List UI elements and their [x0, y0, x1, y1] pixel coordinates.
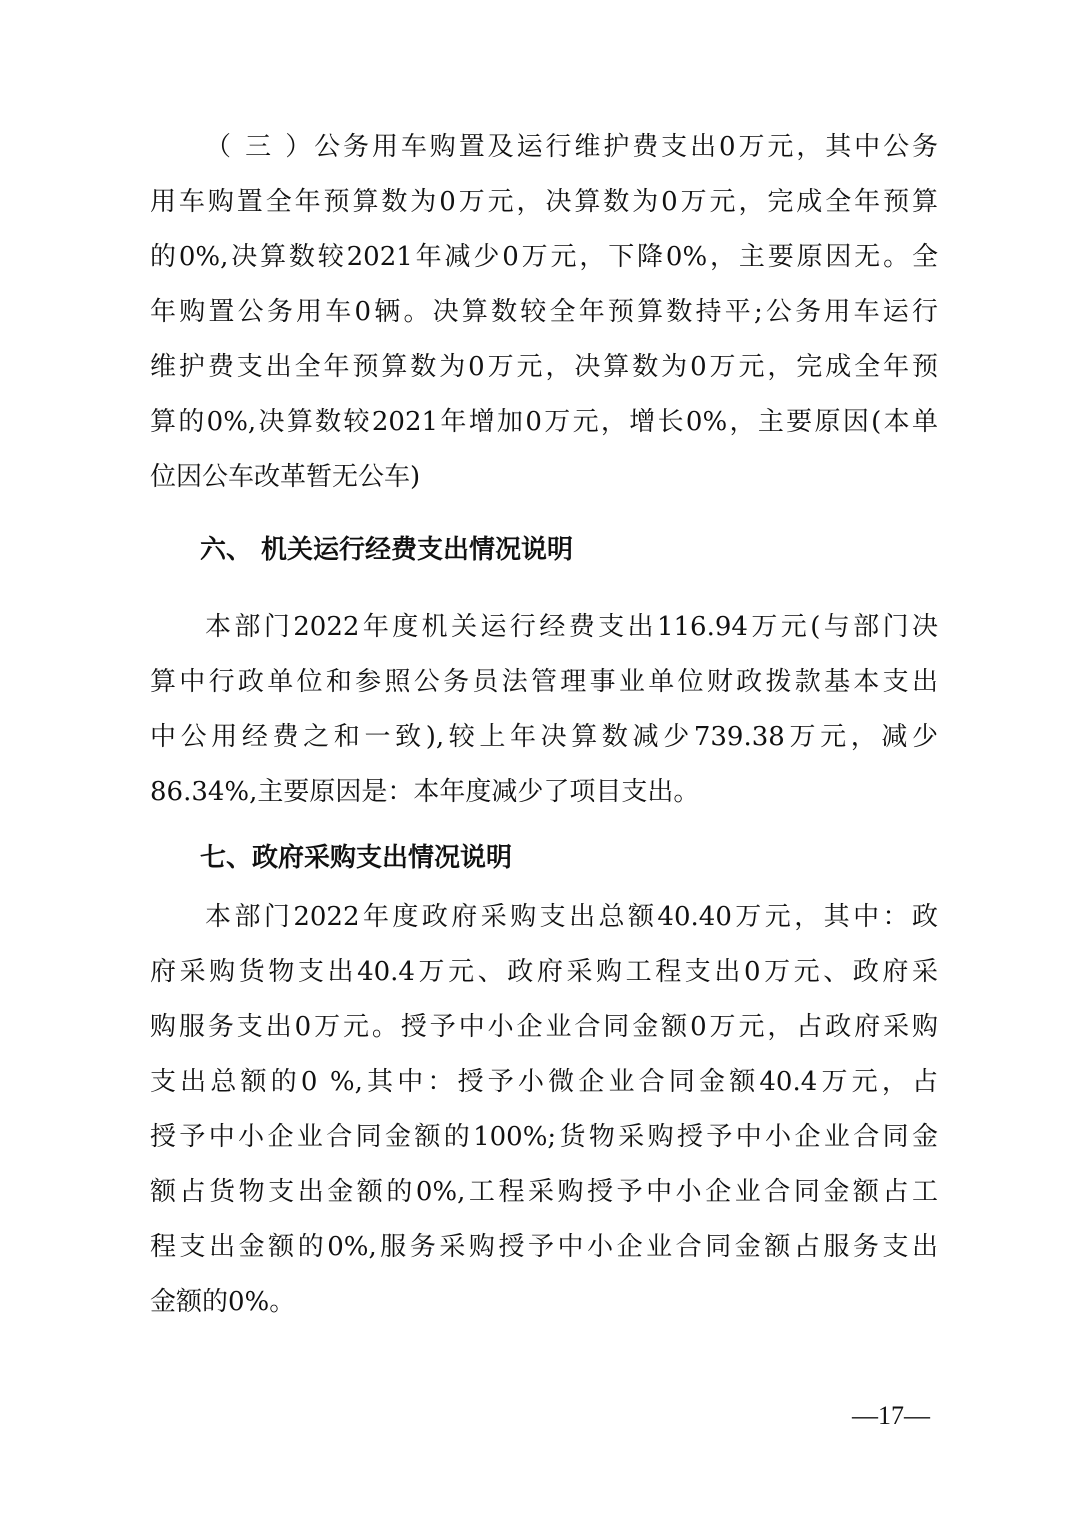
paragraph-line: 支出总额的0 %,其中：授予小微企业合同金额40.4万元，占 [150, 1062, 938, 1102]
paragraph-line: 算的0%,决算数较2021年增加0万元，增长0%，主要原因(本单 [150, 402, 938, 442]
paragraph-line: 用车购置全年预算数为0万元，决算数为0万元，完成全年预算 [150, 182, 938, 222]
section-heading-government-procurement: 七、政府采购支出情况说明 [200, 838, 512, 878]
paragraph-line: 位因公车改革暂无公车) [150, 457, 938, 497]
paragraph-line: （ 三 ）公务用车购置及运行维护费支出0万元，其中公务 [205, 127, 938, 167]
page-number: —17— [852, 1398, 930, 1434]
paragraph-line: 金额的0%。 [150, 1282, 938, 1322]
paragraph-line: 86.34%,主要原因是：本年度减少了项目支出。 [150, 772, 938, 812]
paragraph-line: 中公用经费之和一致),较上年决算数减少739.38万元，减少 [150, 717, 938, 757]
paragraph-line: 算中行政单位和参照公务员法管理事业单位财政拨款基本支出 [150, 662, 938, 702]
document-page: （ 三 ）公务用车购置及运行维护费支出0万元，其中公务 用车购置全年预算数为0万… [0, 0, 1068, 1518]
paragraph-line: 府采购货物支出40.4万元、政府采购工程支出0万元、政府采 [150, 952, 938, 992]
paragraph-line: 维护费支出全年预算数为0万元，决算数为0万元，完成全年预 [150, 347, 938, 387]
paragraph-line: 程支出金额的0%,服务采购授予中小企业合同金额占服务支出 [150, 1227, 938, 1267]
section-heading-operating-expenses: 六、 机关运行经费支出情况说明 [200, 530, 573, 570]
paragraph-line: 授予中小企业合同金额的100%;货物采购授予中小企业合同金 [150, 1117, 938, 1157]
paragraph-line: 本部门2022年度政府采购支出总额40.40万元，其中：政 [205, 897, 938, 937]
paragraph-line: 本部门2022年度机关运行经费支出116.94万元(与部门决 [205, 607, 938, 647]
paragraph-line: 购服务支出0万元。授予中小企业合同金额0万元，占政府采购 [150, 1007, 938, 1047]
paragraph-line: 额占货物支出金额的0%,工程采购授予中小企业合同金额占工 [150, 1172, 938, 1212]
paragraph-line: 年购置公务用车0辆。决算数较全年预算数持平;公务用车运行 [150, 292, 938, 332]
paragraph-line: 的0%,决算数较2021年减少0万元，下降0%，主要原因无。全 [150, 237, 938, 277]
